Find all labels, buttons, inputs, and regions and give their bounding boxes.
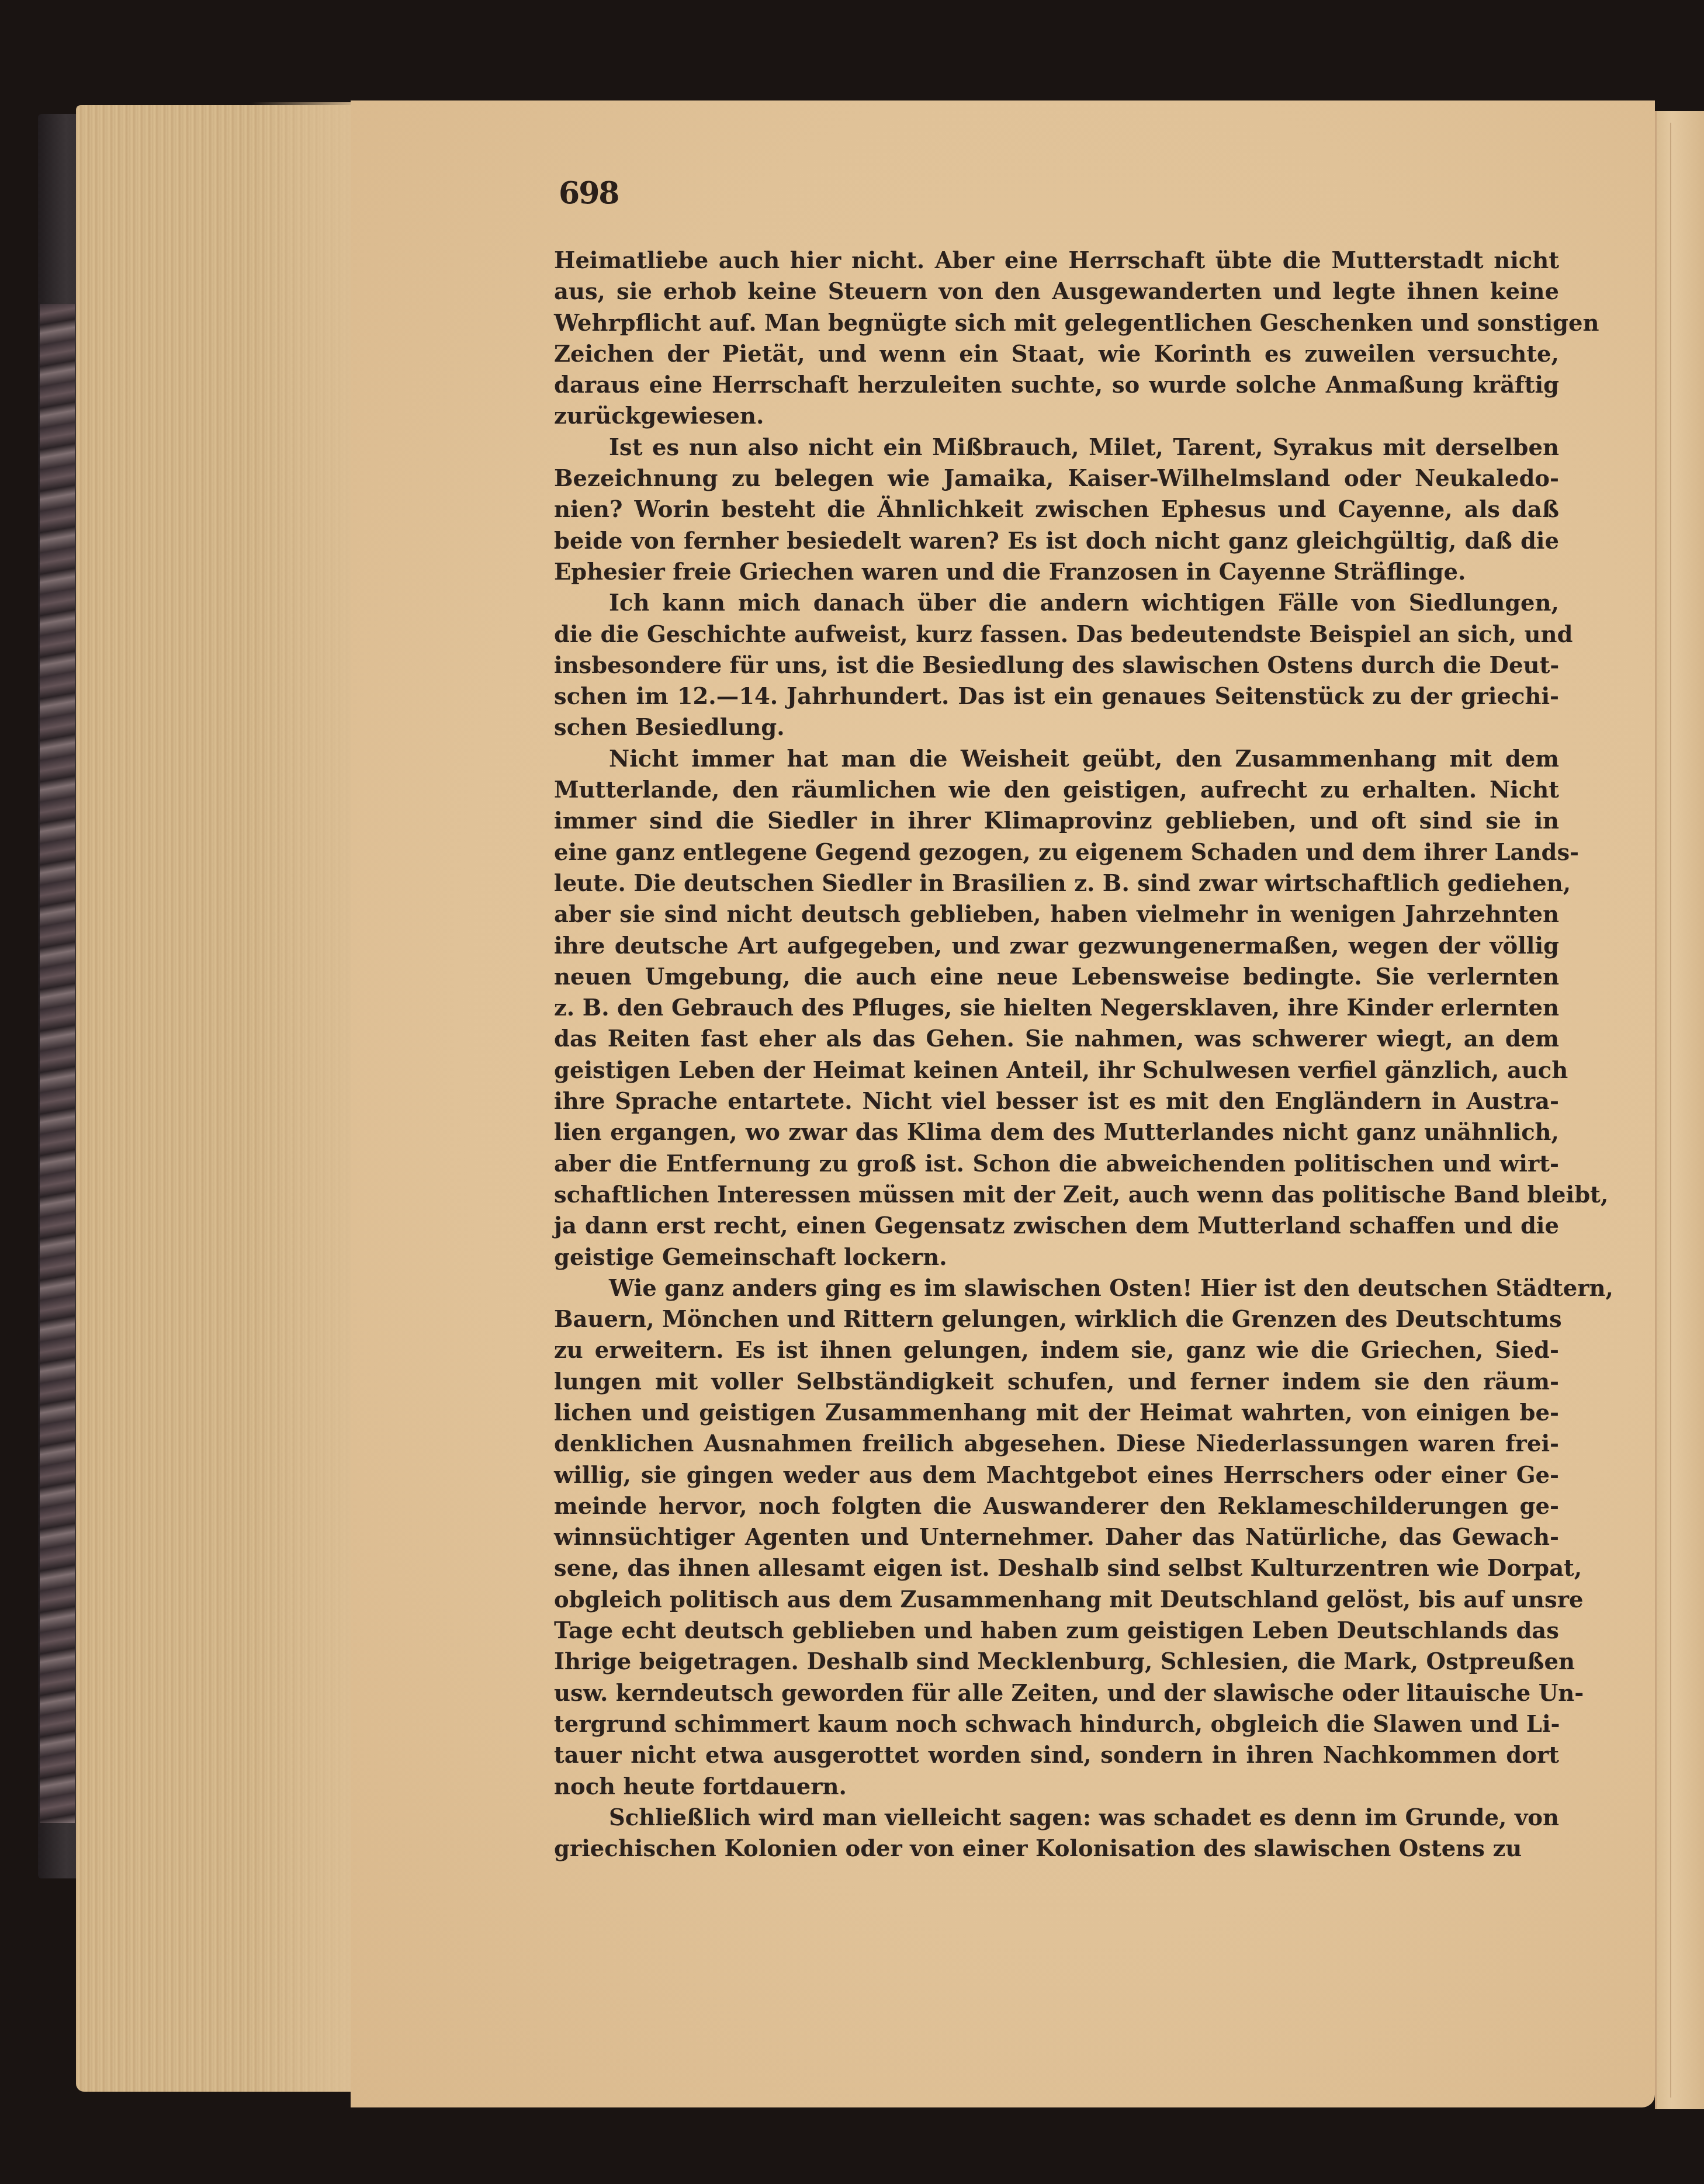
text-line: ihre Sprache entartete. Nicht viel besse… bbox=[554, 1086, 1559, 1117]
text-line: noch heute fortdauern. bbox=[554, 1772, 1559, 1802]
text-line: die die Geschichte aufweist, kurz fassen… bbox=[554, 619, 1559, 650]
text-line: denklichen Ausnahmen freilich abgesehen.… bbox=[554, 1429, 1559, 1460]
text-line: Ich kann mich danach über die andern wic… bbox=[554, 588, 1559, 619]
page-stack-fade bbox=[251, 102, 362, 2092]
text-line: usw. kerndeutsch geworden für alle Zeite… bbox=[554, 1678, 1559, 1709]
text-line: schaftlichen Interessen müssen mit der Z… bbox=[554, 1180, 1559, 1211]
text-line: geistige Gemeinschaft lockern. bbox=[554, 1242, 1559, 1273]
text-line: schen Besiedlung. bbox=[554, 712, 1559, 743]
facing-page-edge bbox=[1655, 111, 1704, 2109]
text-line: das Reiten fast eher als das Gehen. Sie … bbox=[554, 1024, 1559, 1055]
text-line: Ihrige beigetragen. Deshalb sind Mecklen… bbox=[554, 1646, 1559, 1677]
text-line: Wehrpflicht auf. Man begnügte sich mit g… bbox=[554, 308, 1559, 339]
text-line: eine ganz entlegene Gegend gezogen, zu e… bbox=[554, 837, 1559, 868]
paragraph: Wie ganz anders ging es im slawischen Os… bbox=[554, 1273, 1559, 1802]
text-line: winnsüchtiger Agenten und Unternehmer. D… bbox=[554, 1522, 1559, 1553]
text-line: obgleich politisch aus dem Zusammenhang … bbox=[554, 1585, 1559, 1616]
text-line: tergrund schimmert kaum noch schwach hin… bbox=[554, 1709, 1559, 1740]
text-line: daraus eine Herrschaft herzuleiten sucht… bbox=[554, 370, 1559, 401]
text-line: willig, sie gingen weder aus dem Machtge… bbox=[554, 1460, 1559, 1491]
text-line: Ephesier freie Griechen waren und die Fr… bbox=[554, 557, 1559, 588]
text-line: zurückgewiesen. bbox=[554, 401, 1559, 432]
text-line: neuen Umgebung, die auch eine neue Leben… bbox=[554, 962, 1559, 993]
text-line: nien? Worin besteht die Ähnlichkeit zwis… bbox=[554, 494, 1559, 525]
text-line: leute. Die deutschen Siedler in Brasilie… bbox=[554, 868, 1559, 899]
gutter-line bbox=[1670, 123, 1671, 2098]
text-line: Zeichen der Pietät, und wenn ein Staat, … bbox=[554, 339, 1559, 370]
text-line: schen im 12.—14. Jahrhundert. Das ist ei… bbox=[554, 681, 1559, 712]
text-line: aber die Entfernung zu groß ist. Schon d… bbox=[554, 1149, 1559, 1180]
text-line: Tage echt deutsch geblieben und haben zu… bbox=[554, 1616, 1559, 1646]
text-line: geistigen Leben der Heimat keinen Anteil… bbox=[554, 1055, 1559, 1086]
text-line: zu erweitern. Es ist ihnen gelungen, ind… bbox=[554, 1335, 1559, 1366]
text-line: Mutterlande, den räumlichen wie den geis… bbox=[554, 775, 1559, 806]
text-line: tauer nicht etwa ausgerottet worden sind… bbox=[554, 1740, 1559, 1771]
text-line: Wie ganz anders ging es im slawischen Os… bbox=[554, 1273, 1559, 1304]
paragraph: Nicht immer hat man die Weisheit geübt, … bbox=[554, 744, 1559, 1273]
text-line: ihre deutsche Art aufgegeben, und zwar g… bbox=[554, 931, 1559, 962]
text-line: Bezeichnung zu belegen wie Jamaika, Kais… bbox=[554, 463, 1559, 494]
text-line: meinde hervor, noch folgten die Auswande… bbox=[554, 1491, 1559, 1522]
text-line: griechischen Kolonien oder von einer Kol… bbox=[554, 1833, 1559, 1864]
text-line: aus, sie erhob keine Steuern von den Aus… bbox=[554, 276, 1559, 307]
paragraph: Schließlich wird man vielleicht sagen: w… bbox=[554, 1802, 1559, 1865]
text-line: beide von fernher besiedelt waren? Es is… bbox=[554, 526, 1559, 557]
text-line: Nicht immer hat man die Weisheit geübt, … bbox=[554, 744, 1559, 775]
text-line: lichen und geistigen Zusammenhang mit de… bbox=[554, 1398, 1559, 1429]
paragraph: Heimatliebe auch hier nicht. Aber eine H… bbox=[554, 245, 1559, 432]
text-line: Bauern, Mönchen und Rittern gelungen, wi… bbox=[554, 1304, 1559, 1335]
text-line: Ist es nun also nicht ein Mißbrauch, Mil… bbox=[554, 432, 1559, 463]
body-text: Heimatliebe auch hier nicht. Aber eine H… bbox=[554, 245, 1559, 1864]
marbled-edge bbox=[40, 304, 75, 1823]
text-line: insbesondere für uns, ist die Besiedlung… bbox=[554, 650, 1559, 681]
text-line: lien ergangen, wo zwar das Klima dem des… bbox=[554, 1117, 1559, 1148]
text-line: sene, das ihnen allesamt eigen ist. Desh… bbox=[554, 1553, 1559, 1584]
text-line: aber sie sind nicht deutsch geblieben, h… bbox=[554, 899, 1559, 930]
text-line: Schließlich wird man vielleicht sagen: w… bbox=[554, 1802, 1559, 1833]
text-line: Heimatliebe auch hier nicht. Aber eine H… bbox=[554, 245, 1559, 276]
paragraph: Ich kann mich danach über die andern wic… bbox=[554, 588, 1559, 743]
text-line: lungen mit voller Selbständigkeit schufe… bbox=[554, 1367, 1559, 1398]
text-line: immer sind die Siedler in ihrer Klimapro… bbox=[554, 806, 1559, 837]
text-line: ja dann erst recht, einen Gegensatz zwis… bbox=[554, 1211, 1559, 1242]
page-number: 698 bbox=[559, 175, 619, 211]
paragraph: Ist es nun also nicht ein Mißbrauch, Mil… bbox=[554, 432, 1559, 588]
text-line: z. B. den Gebrauch des Pfluges, sie hiel… bbox=[554, 993, 1559, 1024]
